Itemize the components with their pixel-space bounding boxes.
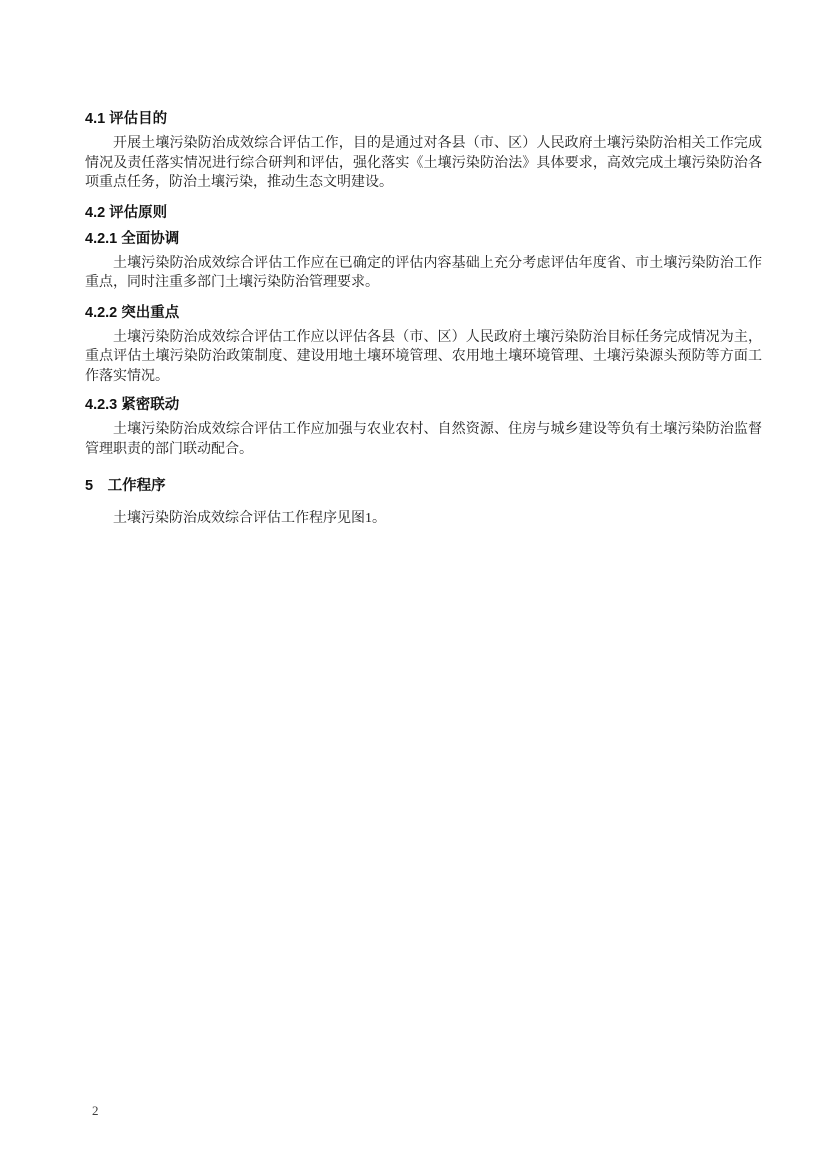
section-heading-4-1: 4.1 评估目的: [85, 109, 762, 129]
paragraph-work-procedure: 土壤污染防治成效综合评估工作程序见图1。: [85, 509, 762, 529]
document-page: 4.1 评估目的 开展土壤污染防治成效综合评估工作，目的是通过对各县（市、区）人…: [0, 0, 827, 1169]
document-body: 4.1 评估目的 开展土壤污染防治成效综合评估工作，目的是通过对各县（市、区）人…: [85, 109, 762, 529]
paragraph-evaluation-purpose: 开展土壤污染防治成效综合评估工作，目的是通过对各县（市、区）人民政府土壤污染防治…: [85, 134, 762, 193]
paragraph-close-linkage: 土壤污染防治成效综合评估工作应加强与农业农村、自然资源、住房与城乡建设等负有土壤…: [85, 420, 762, 459]
section-heading-5: 5 工作程序: [85, 476, 762, 496]
section-heading-4-2-1: 4.2.1 全面协调: [85, 229, 762, 249]
paragraph-highlight-priorities: 土壤污染防治成效综合评估工作应以评估各县（市、区）人民政府土壤污染防治目标任务完…: [85, 328, 762, 387]
page-number: 2: [92, 1103, 99, 1119]
section-heading-4-2: 4.2 评估原则: [85, 203, 762, 223]
section-heading-4-2-3: 4.2.3 紧密联动: [85, 395, 762, 415]
paragraph-comprehensive-coordination: 土壤污染防治成效综合评估工作应在已确定的评估内容基础上充分考虑评估年度省、市土壤…: [85, 254, 762, 293]
section-heading-4-2-2: 4.2.2 突出重点: [85, 303, 762, 323]
